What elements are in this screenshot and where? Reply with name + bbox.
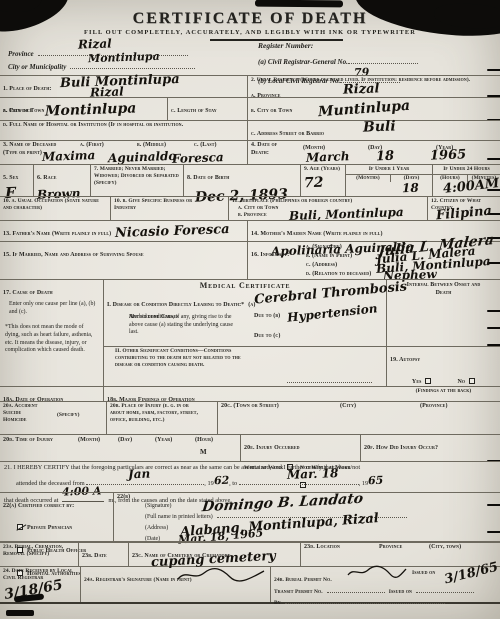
date-of-operation-cell: 18a. Date of Operation [0,387,103,401]
age-cell: 9. Age (Years) 72 [300,165,345,196]
place-of-death-cell: 1. Place of Death: Buli Montinlupa a. Pr… [0,76,247,97]
autopsy-no-checkbox [469,378,475,384]
father-name-label: 13. Father's Name (Write plainly in full… [3,231,111,237]
injury-occurred-cell: 20e. Injury Occurred While at Work Not W… [240,435,360,461]
burial-date-label: 23b. Date [82,553,107,559]
burial-permit-scrawl [346,565,408,579]
first-name-value: Maxima [42,148,96,164]
date-of-death-cell: 4. Date of Death: (Month) (Day) (Year) M… [247,141,500,164]
attended-to-line: Mar. 18 [239,476,359,485]
row-parents: 13. Father's Name (Write plainly in full… [0,220,500,241]
injury-hour-label: (Hour) [195,437,213,445]
row-medical-certificate: 17. Cause of Death Enter only one cause … [0,279,500,386]
row-hospital-address: d. Full Name of Hospital or Institution … [0,120,500,140]
race-label: 6. Race [37,175,56,181]
registrar-signature-scrawl [176,567,266,583]
injury-day-label: (Day) [118,437,132,445]
place-of-injury-label: 20b. Place of Injury (e. g. in or about … [110,403,205,424]
register-heading: Register Number: [258,41,496,50]
form-header: CERTIFICATE OF DEATH FILL OUT COMPLETELY… [0,0,500,75]
residence-city-value: Muntinlupa [318,98,411,120]
disease-section: Medical Certificate I. Disease or Condit… [104,280,386,346]
other-conditions-label: II. Other Significant Conditions—Conditi… [115,348,243,369]
date-of-birth-cell: 8. Date of Birth Dec 2, 1893 [183,165,300,196]
age-label: 9. Age (Years) [304,166,342,173]
morbid-conditions-note: Morbid conditions, if any, giving rise t… [129,314,237,337]
informant-label: 16. Informant: [251,252,289,258]
row-certification: 21. I HEREBY CERTIFY that the foregoing … [0,461,500,492]
burial-date-cell: 23b. Date [78,543,128,566]
row-time-of-injury: 20d. Time of Injury (Month) (Day) (Year)… [0,434,500,461]
race-cell: 6. Race Brown [33,165,90,196]
attended-from-value: Jan [128,467,151,482]
under-1-year-label: If Under 1 Year [346,166,432,173]
civil-registrar-general-line [348,56,418,64]
municipality-value: Montinlupa [88,50,160,65]
scan-artifact [6,610,34,616]
due-to-c-label: Due to (c) [254,333,280,341]
months-label: (Months) [346,175,390,182]
last-name-label: c. (Last) [194,142,217,150]
civil-registrar-general-label: (a) Civil Registrar-General No. [258,58,348,66]
year-prefix-a: , 19 [204,480,213,487]
injury-occurred-label: 20e. Injury Occurred [244,445,300,451]
how-injury-cell: 20f. How Did Injury Occur? [360,435,500,461]
date-of-death-label: 4. Date of Death: [251,142,293,157]
row-registrar: 24. Date Received by Local Civil Registr… [0,566,500,602]
dod-month-value: March [306,149,350,165]
private-physician-checkbox [17,524,23,530]
row-operation: 18a. Date of Operation 18b. Major Findin… [0,386,500,401]
injury-city-label: (City) [340,403,356,411]
date-of-birth-label: 8. Date of Birth [187,175,230,181]
injury-meridiem-label: M [200,448,207,457]
age-value: 72 [304,175,324,192]
burial-city-label: (City, town) [429,544,461,552]
burial-type-label: 23a. Burial, Cremation, Removal (Specify… [3,544,75,558]
sex-label: 5. Sex [3,175,19,181]
hospital-label: d. Full Name of Hospital or Institution … [3,122,238,130]
burial-permit-label: 24b. Burial Permit No. [274,577,332,583]
cause-of-death-notes-cell: 17. Cause of Death Enter only one cause … [0,280,103,386]
father-name-value: Nicasio Foresca [115,222,230,241]
dod-year-value: 1965 [430,147,467,163]
date-received-cell: 24. Date Received by Local Civil Registr… [0,567,80,602]
certifier-22b-label: 22(b) [117,494,130,502]
occupation-cell: 10. a. Usual Occupation (State nature an… [0,197,110,220]
time-of-injury-cell: 20d. Time of Injury (Month) (Day) (Year)… [0,435,240,461]
attended-from-line: Jan [86,476,204,485]
place-city-cell: b. City or Town Montinlupa [0,98,167,120]
row-occupation-citizenship: 10. a. Usual Occupation (State nature an… [0,196,500,220]
occupation-label: 10. a. Usual Occupation (State nature an… [3,198,107,212]
usual-residence-cell: 2. Usual Residence (Where deceased lived… [247,76,500,97]
citizenship-cell: 12. Citizen of What Country Filipina [427,197,500,220]
attended-to-value: Mar. 18 [286,466,338,482]
injury-location-cell: 20c. (Town or Street) (City) (Province) [217,402,500,434]
operation-findings-cell: 18b. Major Findings of Operation [103,387,500,401]
row-place-residence: 1. Place of Death: Buli Montinlupa a. Pr… [0,75,500,97]
place-city-value: Montinlupa [45,100,137,119]
row-sex-race-age: 5. Sex F 6. Race Brown 7. Married; Never… [0,164,500,196]
accident-label: 20a. Accident Suicide Homicide [3,403,45,424]
row-accident: 20a. Accident Suicide Homicide (Specify)… [0,401,500,434]
birthplace-cell: 11. Birthplace (Philippines or foreign c… [228,197,427,220]
form-title: CERTIFICATE OF DEATH [0,10,500,28]
interval-label: Interval Between Onset and Death [404,282,484,297]
business-cell: 10. b. Give Specific Business or Industr… [110,197,228,220]
injury-town-label: 20c. (Town or Street) [221,403,279,411]
residence-street-cell: c. Address Street or Barrio Buli [247,121,500,140]
length-of-stay-label: c. Length of Stay [171,108,217,114]
residence-province-value: Rizal [343,81,380,97]
residence-street-value: Buli [363,118,396,135]
autopsy-no-label: No [457,379,465,385]
name-of-deceased-cell: 3. Name of Deceased (Type or print) a. (… [0,141,247,164]
burial-location-label: 23d. Location [304,544,340,552]
form-subtitle: FILL OUT COMPLETELY, ACCURATELY, AND LEG… [0,29,500,36]
dod-day-value: 18 [376,149,395,165]
province-value: Rizal [77,36,111,51]
how-injury-label: 20f. How Did Injury Occur? [364,445,438,451]
row-spouse-informant: 15. If Married, Name and Address of Surv… [0,241,500,279]
burial-province-label: Province [379,544,402,552]
autopsy-yes-label: Yes [412,379,422,385]
certified-by-label: 22(a) Certified correct by: [3,503,74,509]
informant-name-label: b. (Name in Print) [306,253,352,261]
attended-to-year: 65 [368,474,384,488]
row-name-dod: 3. Name of Deceased (Type or print) a. (… [0,140,500,164]
burial-location-cell: 23d. Location Province (City, town) [300,543,500,566]
certify-text: 21. I HEREBY CERTIFY that the foregoing … [4,464,496,472]
birthplace-label: 11. Birthplace (Philippines or foreign c… [232,198,424,205]
residence-city-label: b. City or Town [251,108,293,114]
burial-type-cell: 23a. Burial, Cremation, Removal (Specify… [0,543,78,566]
father-name-cell: 13. Father's Name (Write plainly in full… [0,221,247,241]
accident-cell: 20a. Accident Suicide Homicide (Specify) [0,402,106,434]
check-mark [16,524,26,531]
place-city-label: b. City or Town [3,108,45,114]
attended-from-year: 62 [214,474,230,488]
issued-on-label: Issued on [412,570,435,577]
informant-address-label: c. (Address) [306,262,337,270]
due-to-b-label: Due to (b) [254,313,280,321]
under-1-year-cell: If Under 1 Year (Months) (Days) 18 [345,165,432,196]
issued-by-label: By [274,600,281,606]
under-24-hours-label: If Under 24 Hours [433,166,500,173]
death-certificate-scan: CERTIFICATE OF DEATH FILL OUT COMPLETELY… [0,0,500,619]
year-prefix-b: , 19 [359,480,368,487]
informant-relation-label: d. (Relation to deceased) [306,271,371,279]
municipality-line: Montinlupa [70,60,195,69]
residence-street-label: c. Address Street or Barrio [251,131,324,137]
date-received-label: 24. Date Received by Local Civil Registr… [3,568,73,582]
disease-leading-label: I. Disease or Condition Directly Leading… [107,302,244,308]
autopsy-yes-checkbox [425,378,431,384]
cemetery-cell: 23c. Name of Cemetery or Crematory cupan… [128,543,300,566]
row-certified-by: 22(a) Certified correct by: Private Phys… [0,492,500,541]
issued-by-line [285,596,445,604]
certified-by-cell: 22(a) Certified correct by: Private Phys… [0,493,113,541]
place-of-injury-cell: 20b. Place of Injury (e. g. in or about … [106,402,217,434]
marital-status-cell: 7. Married; Never Married; Widowed; Divo… [90,165,183,196]
business-label: 10. b. Give Specific Business or Industr… [114,198,204,212]
injury-year-label: (Year) [155,437,172,445]
under-24-hours-cell: If Under 24 Hours (Hours) (Minutes) 4:00… [432,165,500,196]
to-word: , to [229,480,237,487]
informant-cell: 16. Informant: a. (Signature) Julia L. M… [247,242,500,279]
surviving-spouse-cell: 15. If Married, Name and Address of Surv… [0,242,247,279]
other-conditions-cell: II. Other Significant Conditions—Conditi… [104,347,386,386]
autopsy-label: 19. Autopsy [390,357,420,363]
row-city-town: b. City or Town Montinlupa c. Length of … [0,97,500,120]
injury-province-label: (Province) [420,403,448,411]
surviving-spouse-label: 15. If Married, Name and Address of Surv… [3,252,144,258]
autopsy-cell: 19. Autopsy Yes No (Findings at the back… [386,347,500,386]
accident-specify-label: (Specify) [57,412,80,419]
municipality-label: City or Municipality [8,63,66,71]
informant-signature-label: a. (Signature) [306,244,342,252]
cause-note-2: *This does not mean the mode of dying, s… [5,324,97,355]
issued-on-2-line [416,585,474,593]
length-of-stay-cell: c. Length of Stay [167,98,247,120]
medical-certificate-area: Medical Certificate I. Disease or Condit… [103,280,500,386]
registrar-signature-cell: 24a. Registrar's Signature (Name in prin… [80,567,270,602]
place-of-death-label: 1. Place of Death: [3,86,52,92]
burial-permit-cell: 24b. Burial Permit No. Issued on 3/18/65… [270,567,500,602]
cause-note-1: Enter only one cause per line (a), (b) a… [9,301,97,316]
marital-status-label: 7. Married; Never Married; Widowed; Divo… [94,166,180,187]
time-of-injury-label: 20d. Time of Injury [3,437,53,445]
injury-month-label: (Month) [78,437,100,445]
cause-of-death-label: 17. Cause of Death [3,290,53,296]
sex-cell: 5. Sex F [0,165,33,196]
days-value: 18 [402,181,419,196]
row-burial: 23a. Burial, Cremation, Removal (Specify… [0,541,500,566]
transit-permit-line [327,585,385,593]
middle-name-value: Aguinaldo [108,149,177,165]
physician-signature-cell: 22(b) (Signature) Domingo B. Landato (Fu… [113,493,500,541]
private-physician-label: Private Physician [27,525,72,531]
hospital-cell: d. Full Name of Hospital or Institution … [0,121,247,140]
residence-city-cell: b. City or Town Muntinlupa [247,98,500,120]
mother-name-label: 14. Mother's Maiden Name (Write plainly … [251,231,383,237]
